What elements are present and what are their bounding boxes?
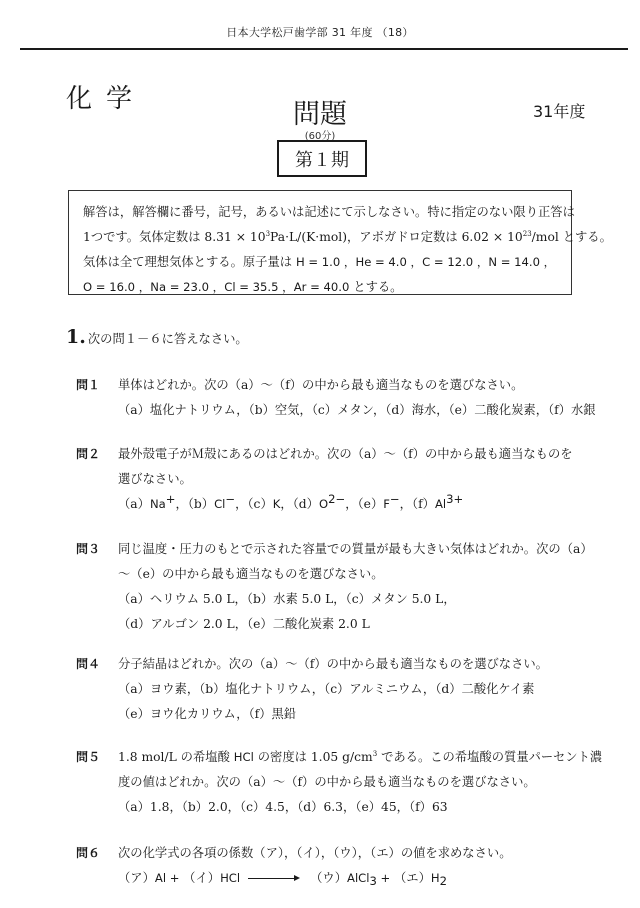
question-text: 分子結晶はどれか。次の（a）～（f）の中から最も適当なものを選びなさい。 [118,652,606,677]
answer-choices: （d）アルゴン 2.0 L，（e）二酸化炭素 2.0 L [118,612,606,637]
answer-choices: （a）1.8，（b）2.0，（c）4.5，（d）6.3，（e）45，（f）63 [118,795,606,820]
reaction-arrow-icon [248,878,298,879]
formula: Al [155,871,166,885]
coefficient-i: （イ） [183,871,220,885]
coefficient-a: （ア） [118,871,155,885]
choice-label: ，（c） [235,497,273,511]
question-5: 問５ 1.8 mol/L の希塩酸 HCl の密度は 1.05 g/cm3 であ… [76,745,606,820]
exponent: 23 [523,230,532,238]
atomic-masses-part2: O = 16.0 ，Na = 23.0 ，Cl = 35.5 ，Ar = 40.… [83,280,349,294]
ion-charge: 2− [328,492,345,506]
instructions-line-1: 解答は，解答欄に番号，記号，あるいは記述にて示しなさい。特に指定のない限り正答は [83,200,559,225]
formula: AlCl [347,871,369,885]
ion-symbol: Na [150,497,166,511]
chemical-equation: （ア）Al + （イ）HCl（ウ）AlCl3 + （エ）H2 [118,866,606,891]
subscript: 3 [369,874,376,888]
question-label: 問２ [76,442,100,467]
unit-text: /mol とする。 [532,230,612,244]
exam-period-box: 第１期 [277,140,367,177]
question-text: 1.8 mol/L の希塩酸 HCl の密度は 1.05 g/cm3 である。こ… [118,745,606,770]
choice-label: ，（e） [345,497,383,511]
plus-sign: + [166,871,183,885]
text: である。この希塩酸の質量パーセント濃 [377,750,602,764]
ion-symbol: F [383,497,390,511]
coefficient-u: （ウ） [310,871,347,885]
question-1: 問１ 単体はどれか。次の（a）～（f）の中から最も適当なものを選びなさい。 （a… [76,373,606,423]
question-label: 問５ [76,745,100,770]
header-divider [20,48,628,50]
plus-sign: + [377,871,394,885]
answer-choices: （e）ヨウ化カリウム，（f）黒鉛 [118,702,606,727]
avogadro-text: Pa·L/(K·mol)，アボガドロ定数は 6.02 × 10 [270,230,523,244]
question-text: 単体はどれか。次の（a）～（f）の中から最も適当なものを選びなさい。 [118,373,606,398]
exam-period-label: 第１期 [295,146,349,172]
question-text: 選びなさい。 [118,467,606,492]
ion-symbol: O [319,497,328,511]
question-4: 問４ 分子結晶はどれか。次の（a）～（f）の中から最も適当なものを選びなさい。 … [76,652,606,727]
question-text: 最外殻電子がＭ殻にあるのはどれか。次の（a）～（f）の中から最も適当なものを [118,442,606,467]
instructions-line-4: O = 16.0 ，Na = 23.0 ，Cl = 35.5 ，Ar = 40.… [83,275,559,300]
ion-charge: 3+ [446,492,463,506]
answer-choices: （a）Na+，（b）Cl−，（c）K，（d）O2−，（e）F−，（f）Al3+ [118,492,606,517]
choice-label: ，（b） [175,497,214,511]
formula: HCl [220,871,240,885]
ion-charge: − [225,492,235,506]
question-3: 問３ 同じ温度・圧力のもとで示された容量での質量が最も大きい気体はどれか。次の（… [76,537,606,637]
question-label: 問３ [76,537,100,562]
ion-charge: − [390,492,400,506]
answer-choices: （a）ヨウ素，（b）塩化ナトリウム，（c）アルミニウム，（d）二酸化ケイ素 [118,677,606,702]
subscript: 2 [440,874,447,888]
choice-label: （a） [118,497,150,511]
text: 1.8 mol/L の希塩酸 [118,750,234,764]
answer-choices: （a）塩化ナトリウム，（b）空気，（c）メタン，（d）海水，（e）二酸化炭素，（… [118,398,606,423]
section-number: 1. [66,326,86,348]
question-label: 問４ [76,652,100,677]
instructions-line-3: 気体は全て理想気体とする。原子量は H = 1.0 ，He = 4.0 ，C =… [83,250,559,275]
running-header: 日本大学松戸歯学部 31 年度 （18） [0,24,640,40]
question-label: 問６ [76,841,100,866]
ion-symbol: Cl [214,497,225,511]
question-text: 次の化学式の各項の係数（ア），（イ），（ウ），（エ）の値を求めなさい。 [118,841,606,866]
ion-charge: + [166,492,176,506]
question-text: 同じ温度・圧力のもとで示された容量での質量が最も大きい気体はどれか。次の（a） [118,537,606,562]
formula-hcl: HCl [234,750,254,764]
ideal-gas-text: 気体は全て理想気体とする。原子量は [83,255,296,269]
choice-label: ，（d） [280,497,319,511]
instructions-box: 解答は，解答欄に番号，記号，あるいは記述にて示しなさい。特に指定のない限り正答は… [68,190,572,295]
answer-choices: （a）ヘリウム 5.0 L，（b）水素 5.0 L，（c）メタン 5.0 L， [118,587,606,612]
ion-symbol: Al [435,497,446,511]
question-2: 問２ 最外殻電子がＭ殻にあるのはどれか。次の（a）～（f）の中から最も適当なもの… [76,442,606,517]
formula: H [431,871,440,885]
instructions-line-2: 1つです。気体定数は 8.31 × 103Pa·L/(K·mol)，アボガドロ定… [83,225,559,250]
question-6: 問６ 次の化学式の各項の係数（ア），（イ），（ウ），（エ）の値を求めなさい。 （… [76,841,606,891]
question-text: 度の値はどれか。次の（a）～（f）の中から最も適当なものを選びなさい。 [118,770,606,795]
coefficient-e: （エ） [394,871,431,885]
text: の密度は 1.05 g/cm [254,750,373,764]
section-heading: 1.次の問１－６に答えなさい。 [66,326,248,348]
question-label: 問１ [76,373,100,398]
section-text: 次の問１－６に答えなさい。 [88,332,248,346]
question-text: ～（e）の中から最も適当なものを選びなさい。 [118,562,606,587]
atomic-masses-part1: H = 1.0 ，He = 4.0 ，C = 12.0 ，N = 14.0 ， [296,255,555,269]
instructions-end-text: とする。 [349,280,402,294]
choice-label: ，（f） [400,497,435,511]
exam-year: 31年度 [533,99,585,122]
gas-constant-text: 1つです。気体定数は 8.31 × 10 [83,230,266,244]
